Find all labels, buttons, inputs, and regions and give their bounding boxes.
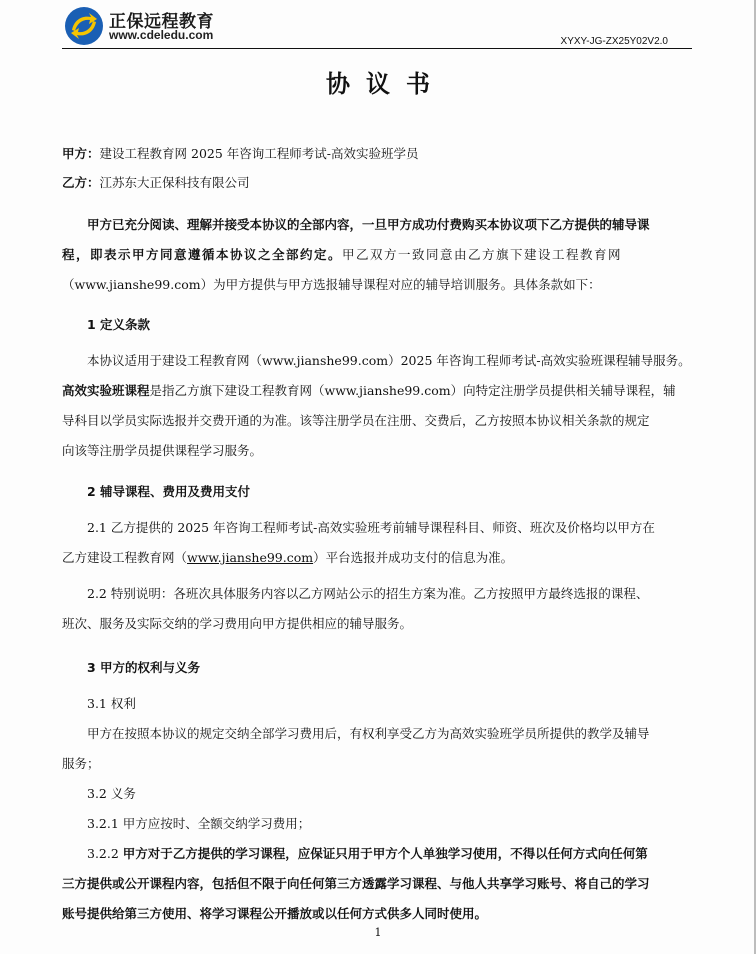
section-1-p2-line3: 向该等注册学员提供课程学习服务。: [62, 436, 692, 466]
jianshe99-link[interactable]: www.jianshe99.com: [187, 550, 313, 565]
section-3-2-2-line3: 账号提供给第三方使用、将学习课程公开播放或以任何方式供多人同时使用。: [62, 899, 692, 929]
intro-line-3: （www.jianshe99.com）为甲方提供与甲方选报辅导课程对应的辅导培训…: [62, 270, 692, 300]
section-1-p2-line1: 高效实验班课程是指乙方旗下建设工程教育网（www.jianshe99.com）向…: [62, 376, 692, 406]
party-a: 甲方：建设工程教育网 2025 年咨询工程师考试-高效实验班学员: [62, 139, 692, 169]
intro-paragraph: 甲方已充分阅读、理解并接受本协议的全部内容，一旦甲方成功付费购买本协议项下乙方提…: [62, 210, 692, 300]
page-number: 1: [0, 926, 756, 939]
section-3-1-line2: 服务；: [62, 749, 692, 779]
section-3-1-line1: 甲方在按照本协议的规定交纳全部学习费用后，有权利享受乙方为高效实验班学员所提供的…: [62, 719, 692, 749]
section-3-heading: 3 甲方的权利与义务: [62, 653, 692, 683]
section-2-2-line2: 班次、服务及实际交纳的学习费用向甲方提供相应的辅导服务。: [62, 609, 692, 639]
section-3-2-1: 3.2.1 甲方应按时、全额交纳学习费用；: [62, 809, 692, 839]
section-2-2-line1: 2.2 特别说明：各班次具体服务内容以乙方网站公示的招生方案为准。乙方按照甲方最…: [62, 579, 692, 609]
document-title: 协议书: [0, 64, 756, 99]
section-3-1-heading: 3.1 权利: [62, 689, 692, 719]
section-2-1-line2: 乙方建设工程教育网（www.jianshe99.com）平台选报并成功支付的信息…: [62, 543, 692, 573]
party-b-value: 江苏东大正保科技有限公司: [100, 175, 250, 190]
intro-line-1: 甲方已充分阅读、理解并接受本协议的全部内容，一旦甲方成功付费购买本协议项下乙方提…: [62, 210, 692, 240]
party-a-label: 甲方：: [62, 146, 100, 161]
party-b: 乙方：江苏东大正保科技有限公司: [62, 168, 692, 198]
party-b-label: 乙方：: [62, 175, 100, 190]
section-3-2-2-line2: 三方提供或公开课程内容，包括但不限于向任何第三方透露学习课程、与他人共享学习账号…: [62, 869, 692, 899]
section-1-p1: 本协议适用于建设工程教育网（www.jianshe99.com）2025 年咨询…: [62, 346, 692, 376]
section-2-1-line1: 2.1 乙方提供的 2025 年咨询工程师考试-高效实验班考前辅导课程科目、师资…: [62, 513, 692, 543]
header-divider: [62, 48, 692, 49]
section-2-heading: 2 辅导课程、费用及费用支付: [62, 477, 692, 507]
intro-line-2: 程，即表示甲方同意遵循本协议之全部约定。甲乙双方一致同意由乙方旗下建设工程教育网: [62, 240, 692, 270]
party-a-value: 建设工程教育网 2025 年咨询工程师考试-高效实验班学员: [100, 146, 419, 161]
page-header: 正保远程教育 www.cdeledu.com XYXY-JG-ZX25Y02V2…: [62, 4, 692, 50]
document-code: XYXY-JG-ZX25Y02V2.0: [561, 36, 668, 47]
brand-url: www.cdeledu.com: [109, 28, 213, 42]
section-3: 3 甲方的权利与义务 3.1 权利 甲方在按照本协议的规定交纳全部学习费用后，有…: [62, 653, 692, 929]
section-2: 2 辅导课程、费用及费用支付 2.1 乙方提供的 2025 年咨询工程师考试-高…: [62, 477, 692, 639]
cdeledu-logo-icon: [64, 6, 104, 46]
section-1-heading: 1 定义条款: [62, 310, 692, 340]
section-1-p2-line2: 导科目以学员实际选报并交费开通的为准。该等注册学员在注册、交费后，乙方按照本协议…: [62, 406, 692, 436]
section-3-2-heading: 3.2 义务: [62, 779, 692, 809]
section-1: 1 定义条款 本协议适用于建设工程教育网（www.jianshe99.com）2…: [62, 310, 692, 466]
section-3-2-2-line1: 3.2.2 甲方对于乙方提供的学习课程，应保证只用于甲方个人单独学习使用，不得以…: [62, 839, 692, 869]
